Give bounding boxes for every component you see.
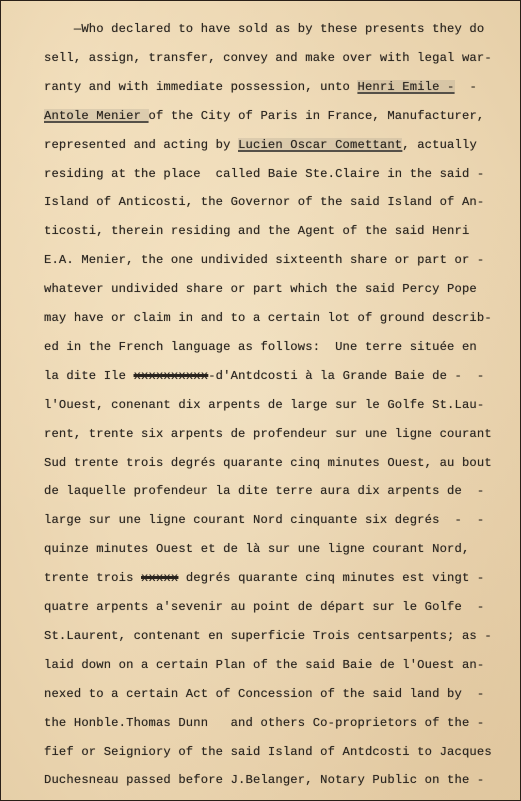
line-text: residing at the place called Baie Ste.Cl…: [44, 167, 484, 181]
struck-out-text: xxxxx: [141, 571, 178, 585]
text-line: nexed to a certain Act of Concession of …: [44, 686, 484, 702]
text-line: St.Laurent, contenant en superficie Troi…: [44, 628, 484, 644]
text-line: whatever undivided share or part which t…: [44, 281, 484, 297]
text-line: ed in the French language as follows: Un…: [44, 339, 484, 355]
text-line: ticosti, therein residing and the Agent …: [44, 223, 484, 239]
underlined-name: Henri Emile -: [357, 80, 454, 94]
line-text: Island of Anticosti, the Governor of the…: [44, 195, 484, 209]
text-line: Antole Menier of the City of Paris in Fr…: [44, 108, 484, 124]
line-text: sell, assign, transfer, convey and make …: [44, 51, 492, 65]
text-line: —Who declared to have sold as by these p…: [44, 21, 484, 37]
text-line: the Honble.Thomas Dunn and others Co-pro…: [44, 715, 484, 731]
line-text: Sud trente trois degrés quarante cinq mi…: [44, 456, 492, 470]
line-text: ticosti, therein residing and the Agent …: [44, 224, 469, 238]
text-line: residing at the place called Baie Ste.Cl…: [44, 166, 484, 182]
line-text: ed in the French language as follows: Un…: [44, 340, 477, 354]
line-text: —Who declared to have sold as by these p…: [44, 22, 484, 36]
line-text: ranty and with immediate possession, unt…: [44, 80, 357, 94]
line-text: may have or claim in and to a certain lo…: [44, 311, 492, 325]
line-text: -: [455, 80, 477, 94]
text-line: large sur une ligne courant Nord cinquan…: [44, 512, 484, 528]
line-text: whatever undivided share or part which t…: [44, 282, 477, 296]
text-line: la dite Ile xxxxxxxxxx-d'Antdcosti à la …: [44, 368, 484, 384]
text-line: fief or Seigniory of the said Island of …: [44, 744, 484, 760]
line-text: , actually: [402, 138, 477, 152]
line-text: nexed to a certain Act of Concession of …: [44, 687, 484, 701]
line-text: the Honble.Thomas Dunn and others Co-pro…: [44, 716, 484, 730]
line-text: -d'Antdcosti à la Grande Baie de - -: [208, 369, 484, 383]
text-line: Island of Anticosti, the Governor of the…: [44, 194, 484, 210]
line-text: large sur une ligne courant Nord cinquan…: [44, 513, 484, 527]
text-line: quatre arpents a'sevenir au point de dép…: [44, 599, 484, 615]
text-line: sell, assign, transfer, convey and make …: [44, 50, 484, 66]
text-line: rent, trente six arpents de profendeur s…: [44, 426, 484, 442]
text-line: Duchesneau passed before J.Belanger, Not…: [44, 772, 484, 788]
struck-out-text: xxxxxxxxxx: [134, 369, 209, 383]
text-line: Sud trente trois degrés quarante cinq mi…: [44, 455, 484, 471]
line-text: fief or Seigniory of the said Island of …: [44, 745, 492, 759]
underlined-name: Lucien Oscar Comettant: [238, 138, 402, 152]
text-line: laid down on a certain Plan of the said …: [44, 657, 484, 673]
line-text: quinze minutes Ouest et de là sur une li…: [44, 542, 469, 556]
line-text: trente trois: [44, 571, 141, 585]
line-text: E.A. Menier, the one undivided sixteenth…: [44, 253, 484, 267]
line-text: quatre arpents a'sevenir au point de dép…: [44, 600, 484, 614]
underlined-name: Antole Menier: [44, 109, 149, 123]
text-line: ranty and with immediate possession, unt…: [44, 79, 484, 95]
text-line: quinze minutes Ouest et de là sur une li…: [44, 541, 484, 557]
text-line: l'Ouest, conenant dix arpents de large s…: [44, 397, 484, 413]
line-text: rent, trente six arpents de profendeur s…: [44, 427, 492, 441]
line-text: represented and acting by: [44, 138, 238, 152]
text-line: trente trois xxxxx degrés quarante cinq …: [44, 570, 484, 586]
line-text: l'Ouest, conenant dix arpents de large s…: [44, 398, 484, 412]
line-text: degrés quarante cinq minutes est vingt -: [178, 571, 484, 585]
line-text: laid down on a certain Plan of the said …: [44, 658, 484, 672]
text-line: de laquelle profendeur la dite terre aur…: [44, 483, 484, 499]
text-line: represented and acting by Lucien Oscar C…: [44, 137, 484, 153]
text-line: may have or claim in and to a certain lo…: [44, 310, 484, 326]
text-line: E.A. Menier, the one undivided sixteenth…: [44, 252, 484, 268]
line-text: of the City of Paris in France, Manufact…: [149, 109, 485, 123]
line-text: de laquelle profendeur la dite terre aur…: [44, 484, 484, 498]
line-text: St.Laurent, contenant en superficie Troi…: [44, 629, 492, 643]
line-text: Duchesneau passed before J.Belanger, Not…: [44, 773, 484, 787]
line-text: la dite Ile: [44, 369, 134, 383]
document-page: —Who declared to have sold as by these p…: [0, 0, 521, 801]
